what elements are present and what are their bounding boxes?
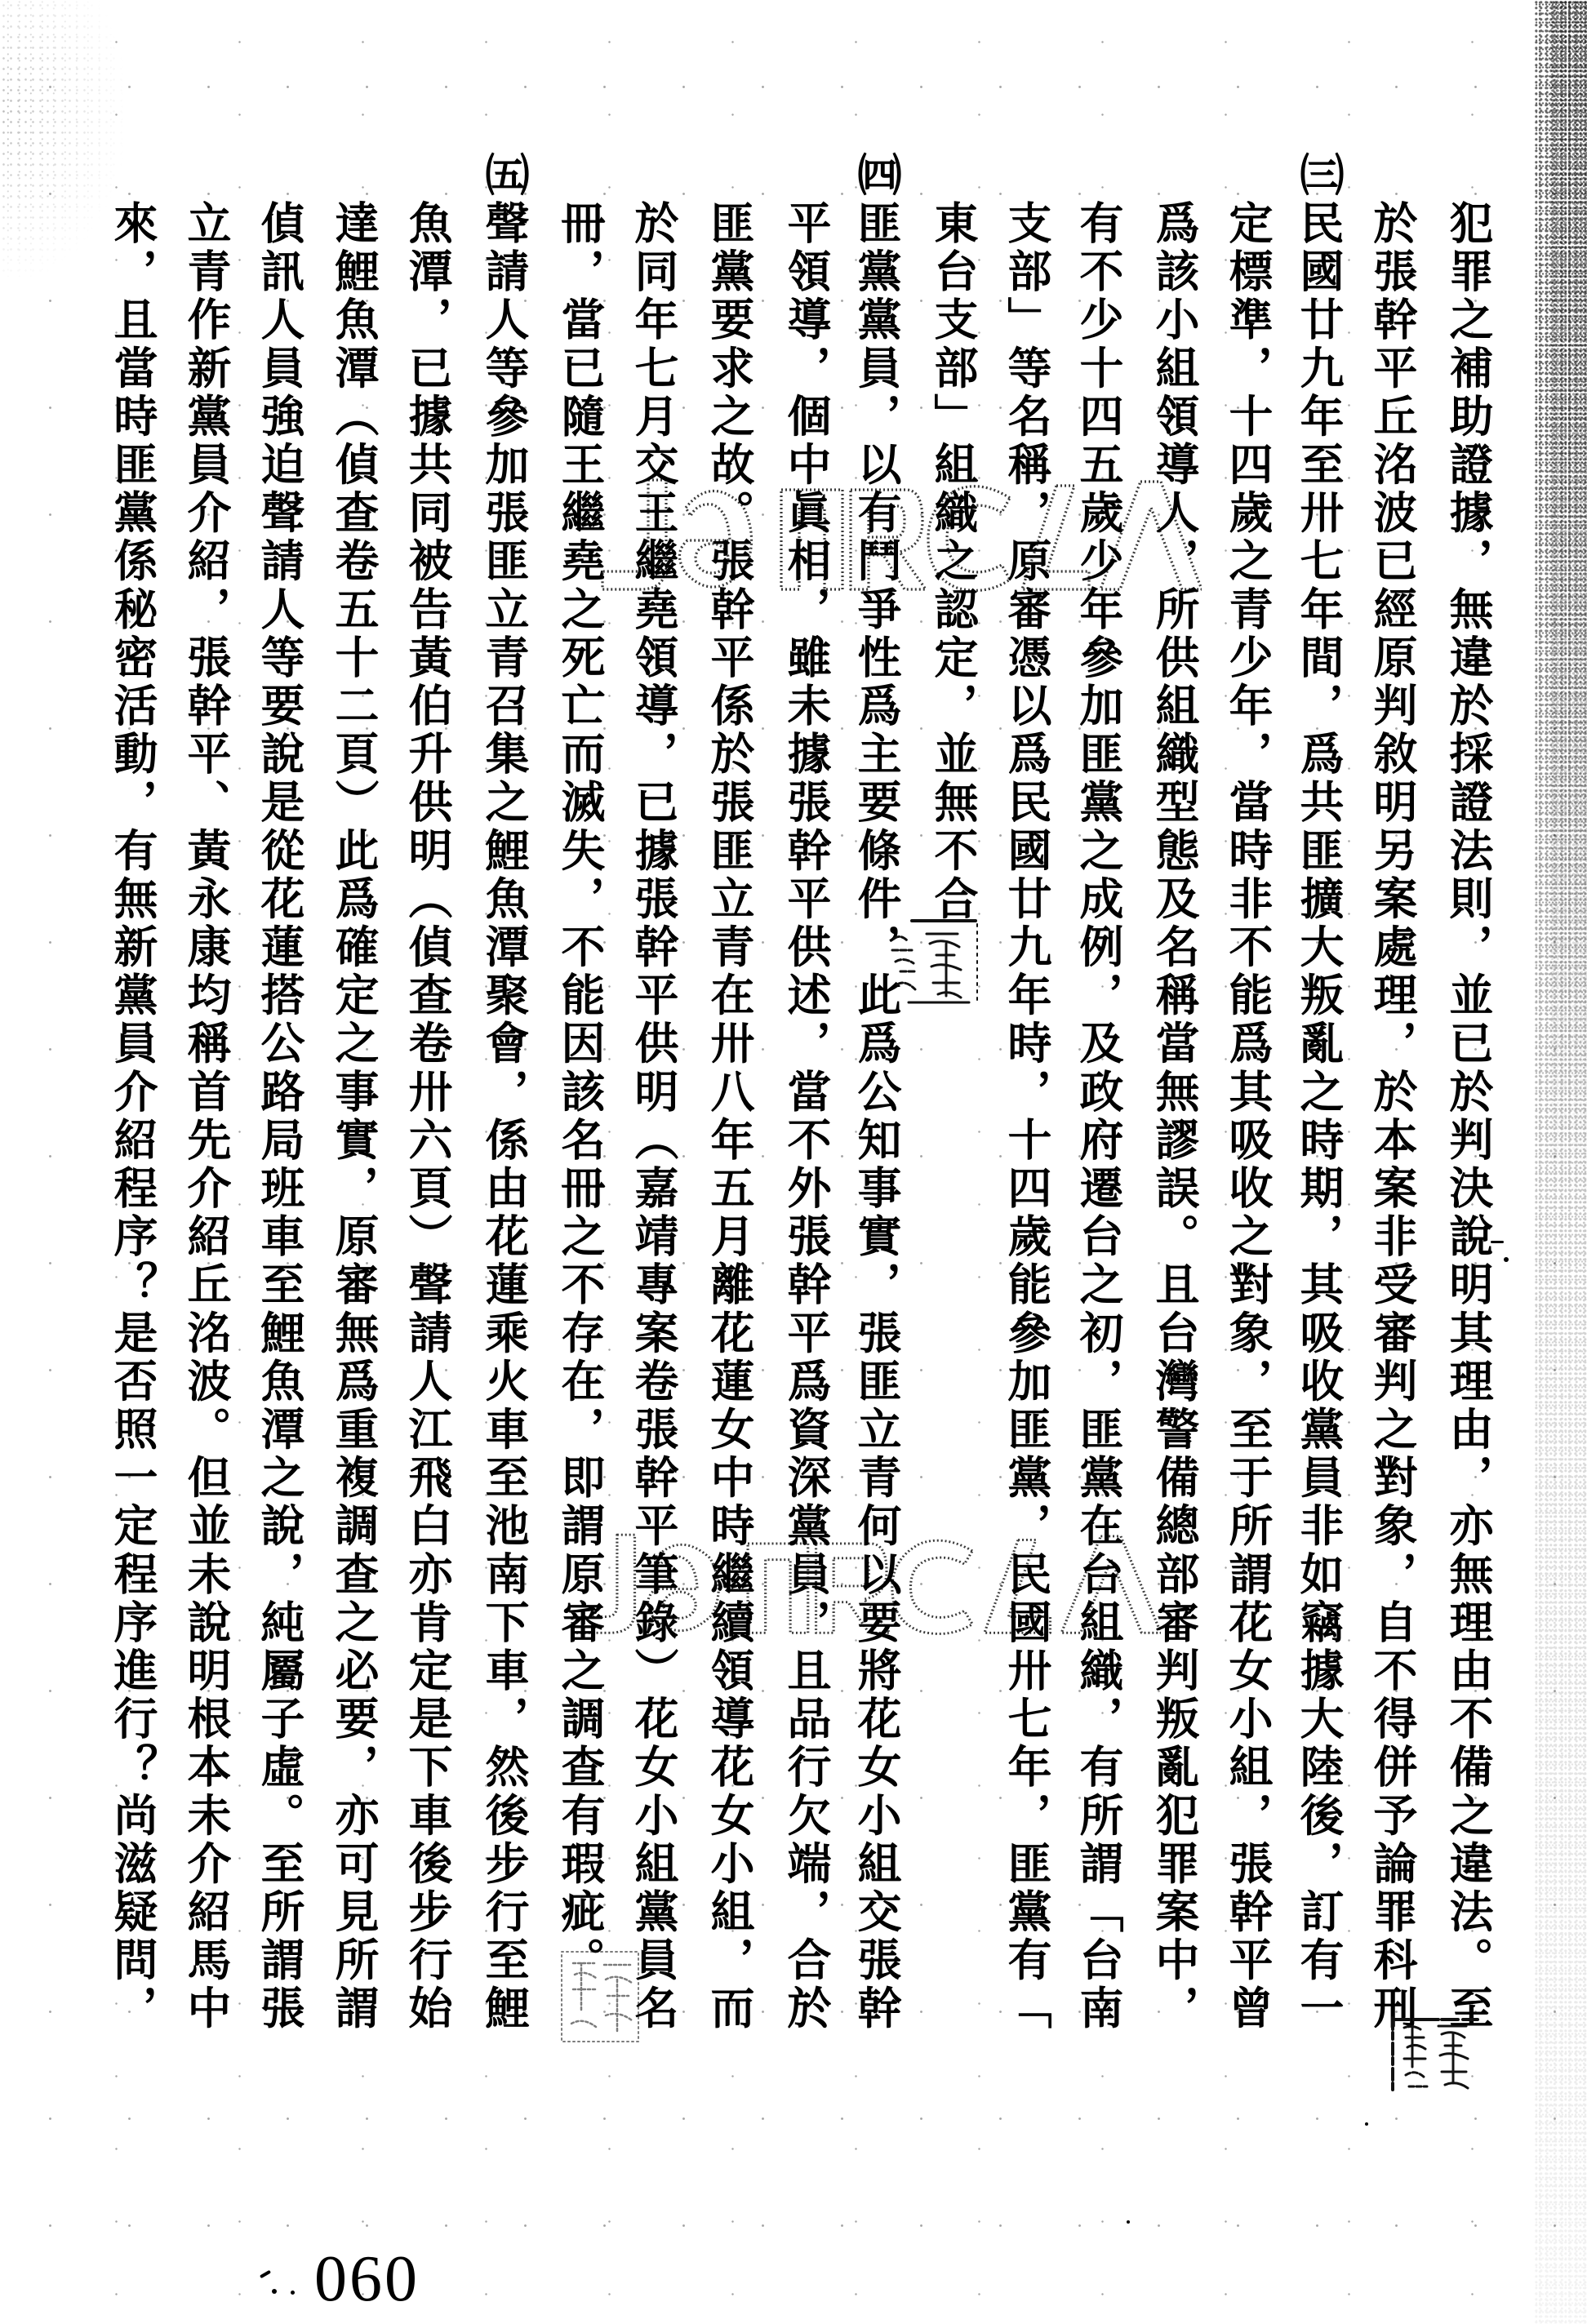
text-column-8: 東台支部」組織之認定，並無不合	[931, 200, 975, 924]
scan-speck	[1365, 2122, 1368, 2126]
text-column-2: 於張幹平丘洺波已經原判敘明另案處理，於本案非受審判之對象，自不得併予論罪科刑	[1370, 200, 1414, 2033]
page-number: 060	[314, 2246, 420, 2312]
text-column-14: 聲請人等參加張匪立青召集之鯉魚潭聚會，係由花蓮乘火車至池南下車，然後步行至鯉	[482, 200, 526, 2033]
text-column-16: 達鯉魚潭（偵查卷五十二頁）此爲確定之事實，原審無爲重複調查之必要，亦可見所謂	[331, 200, 376, 2033]
text-column-12: 於同年七月交王繼堯領導，已據張幹平供明（嘉靖專案卷張幹平筆錄）花女小組黨員名	[631, 200, 675, 2033]
scan-speck	[291, 2291, 295, 2295]
text-column-11: 匪黨要求之故。張幹平係於張匪立青在卅八年五月離花蓮女中時繼續領導花女小組，而	[707, 200, 751, 2033]
text-column-15: 魚潭，已據共同被告黃伯升供明（偵查卷卅六頁）聲請人江飛白亦肯定是下車後步行始	[405, 200, 449, 2033]
seal-stamp-icon	[879, 914, 984, 1009]
scan-speck	[1504, 1257, 1509, 1262]
text-column-9: 匪黨黨員，以有鬥爭性爲主要條件，此爲公知事實，張匪立青何以要將花女小組交張幹	[854, 200, 898, 2033]
scanned-document-page: ㈢ ㈣ ㈤ 犯罪之補助證據，無違於採證法則，並已於判決說明其理由，亦無理由不備之…	[0, 0, 1587, 2324]
scan-speck	[1491, 1241, 1504, 1243]
seal-stamp-icon	[557, 1947, 643, 2046]
seal-stamp-icon	[1388, 2010, 1484, 2098]
text-column-5: 爲該小組領導人，所供組織型態及名稱當無謬誤。且台灣警備總部審判叛亂犯罪案中，	[1152, 200, 1196, 2033]
scan-noise-right-edge-dense	[1551, 0, 1587, 1224]
text-column-7: 支部」等名稱，原審憑以爲民國廿九年時，十四歲能參加匪黨，民國卅七年，匪黨有「	[1004, 200, 1048, 2033]
text-column-3: 民國廿九年至卅七年間，爲共匪擴大叛亂之時期，其吸收黨員非如竊據大陸後，訂有一	[1296, 200, 1340, 2033]
section-marker-3: ㈢	[1296, 152, 1340, 196]
text-column-4: 定標準，十四歲之青少年，當時非不能爲其吸收之對象，至于所謂花女小組，張幹平曾	[1225, 200, 1269, 2033]
text-column-19: 來，且當時匪黨係秘密活動，有無新黨員介紹程序？是否照一定程序進行？尚滋疑問，	[110, 200, 154, 2033]
scan-speck	[272, 2289, 277, 2294]
scan-speck	[1127, 2220, 1130, 2224]
text-column-10: 平領導，個中眞相，雖未據張幹平供述，當不外張幹平爲資深黨員，且品行欠端，合於	[784, 200, 828, 2033]
text-column-18: 立青作新黨員介紹，張幹平、黃永康均稱首先介紹丘洺波。但並未說明根本未介紹馬中	[184, 200, 228, 2033]
text-column-1: 犯罪之補助證據，無違於採證法則，並已於判決說明其理由，亦無理由不備之違法。至	[1446, 200, 1490, 2033]
text-column-17: 偵訊人員強迫聲請人等要說是從花蓮搭公路局班車至鯉魚潭之說，純屬子虛。至所謂張	[257, 200, 301, 2033]
section-marker-4: ㈣	[854, 152, 898, 196]
text-column-13: 冊，當已隨王繼堯之死亡而滅失，不能因該名冊之不存在，即謂原審之調查有瑕疵。	[558, 200, 602, 1985]
scan-noise-top-left	[0, 0, 122, 278]
section-marker-5: ㈤	[482, 152, 526, 196]
text-column-6: 有不少十四五歲少年參加匪黨之成例，及政府遷台之初，匪黨在台組織，有所謂「台南	[1076, 200, 1120, 2033]
